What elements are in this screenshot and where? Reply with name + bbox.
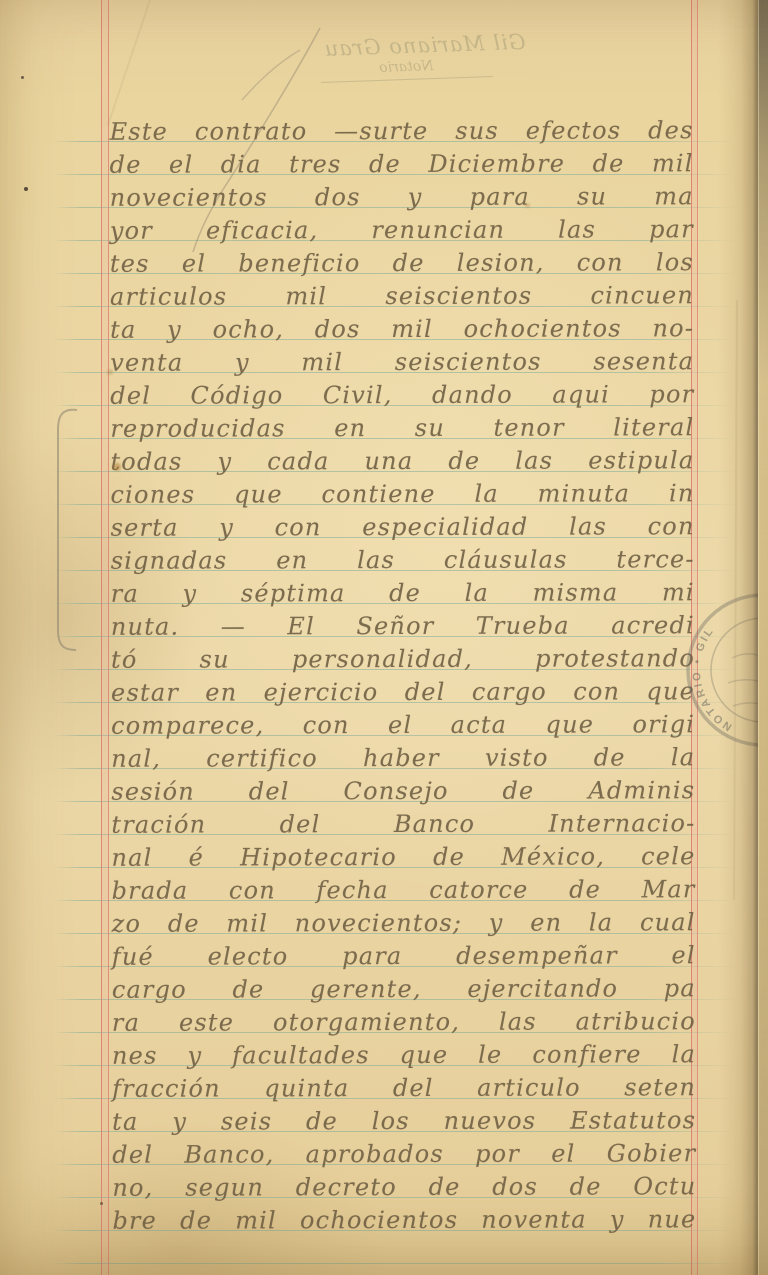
ink-offset-underline bbox=[321, 76, 493, 83]
manuscript-line: ra y séptima de la misma mi bbox=[111, 578, 695, 613]
manuscript-line: tes el beneficio de lesion, con los bbox=[110, 248, 694, 283]
manuscript-line: del Código Civil, dando aqui por bbox=[110, 380, 694, 415]
manuscript-line: de el dia tres de Diciembre de mil bbox=[110, 149, 694, 184]
ink-speck bbox=[24, 187, 28, 191]
manuscript-line: articulos mil seiscientos cincuen bbox=[110, 281, 694, 316]
manuscript-line: fué electo para desempeñar el bbox=[112, 941, 696, 976]
ink-speck bbox=[21, 76, 24, 79]
notary-stamp: NOTARIO • GIL bbox=[680, 588, 768, 753]
ink-offset-title: Notario bbox=[286, 55, 526, 79]
manuscript-line: nes y facultades que le confiere la bbox=[112, 1040, 696, 1075]
manuscript-line: fracción quinta del articulo seten bbox=[112, 1073, 696, 1108]
manuscript-line: ra este otorgamiento, las atribucio bbox=[112, 1007, 696, 1042]
manuscript-text: Este contrato —surte sus efectos desde e… bbox=[110, 116, 697, 1240]
manuscript-page: Gil Mariano Grau Notario Este contrato —… bbox=[0, 0, 768, 1275]
pencil-cross-stroke bbox=[242, 50, 300, 100]
manuscript-line: zo de mil novecientos; y en la cual bbox=[112, 908, 696, 943]
manuscript-line: yor eficacia, renuncian las par bbox=[110, 215, 694, 250]
manuscript-line: serta y con especialidad las con bbox=[111, 512, 695, 547]
manuscript-line: Este contrato —surte sus efectos des bbox=[110, 116, 694, 151]
manuscript-line: nal, certifico haber visto de la bbox=[111, 743, 695, 778]
manuscript-line: estar en ejercicio del cargo con que bbox=[111, 677, 695, 712]
manuscript-line: del Banco, aprobados por el Gobier bbox=[112, 1139, 696, 1174]
manuscript-line: brada con fecha catorce de Mar bbox=[112, 875, 696, 910]
manuscript-line: tración del Banco Internacio- bbox=[111, 809, 695, 844]
manuscript-line: comparece, con el acta que origi bbox=[111, 710, 695, 745]
manuscript-line: bre de mil ochocientos noventa y nue bbox=[112, 1205, 696, 1240]
stamp-inner-ring bbox=[711, 618, 768, 722]
mirrored-ink-transfer: Gil Mariano Grau Notario bbox=[285, 30, 526, 84]
manuscript-line: sesión del Consejo de Adminis bbox=[111, 776, 695, 811]
manuscript-line: novecientos dos y para su ma bbox=[110, 182, 694, 217]
manuscript-line: cargo de gerente, ejercitando pa bbox=[112, 974, 696, 1009]
manuscript-line: reproducidas en su tenor literal bbox=[110, 413, 694, 448]
manuscript-line: venta y mil seiscientos sesenta bbox=[110, 347, 694, 382]
manuscript-line: ta y ocho, dos mil ochocientos no- bbox=[110, 314, 694, 349]
left-margin-line bbox=[101, 0, 109, 1275]
manuscript-line: tó su personalidad, protestando bbox=[111, 644, 695, 679]
manuscript-line: nuta. — El Señor Trueba acredi bbox=[111, 611, 695, 646]
manuscript-line: no, segun decreto de dos de Octu bbox=[112, 1172, 696, 1207]
manuscript-line: nal é Hipotecario de México, cele bbox=[111, 842, 695, 877]
paper-crease bbox=[108, 0, 150, 125]
manuscript-line: signadas en las cláusulas terce- bbox=[111, 545, 695, 580]
stamp-center-marks bbox=[728, 654, 762, 706]
manuscript-line: ciones que contiene la minuta in bbox=[110, 479, 694, 514]
manuscript-line: ta y seis de los nuevos Estatutos bbox=[112, 1106, 696, 1141]
ink-offset-name: Gil Mariano Grau bbox=[285, 30, 526, 62]
manuscript-line: todas y cada una de las estipula bbox=[110, 446, 694, 481]
